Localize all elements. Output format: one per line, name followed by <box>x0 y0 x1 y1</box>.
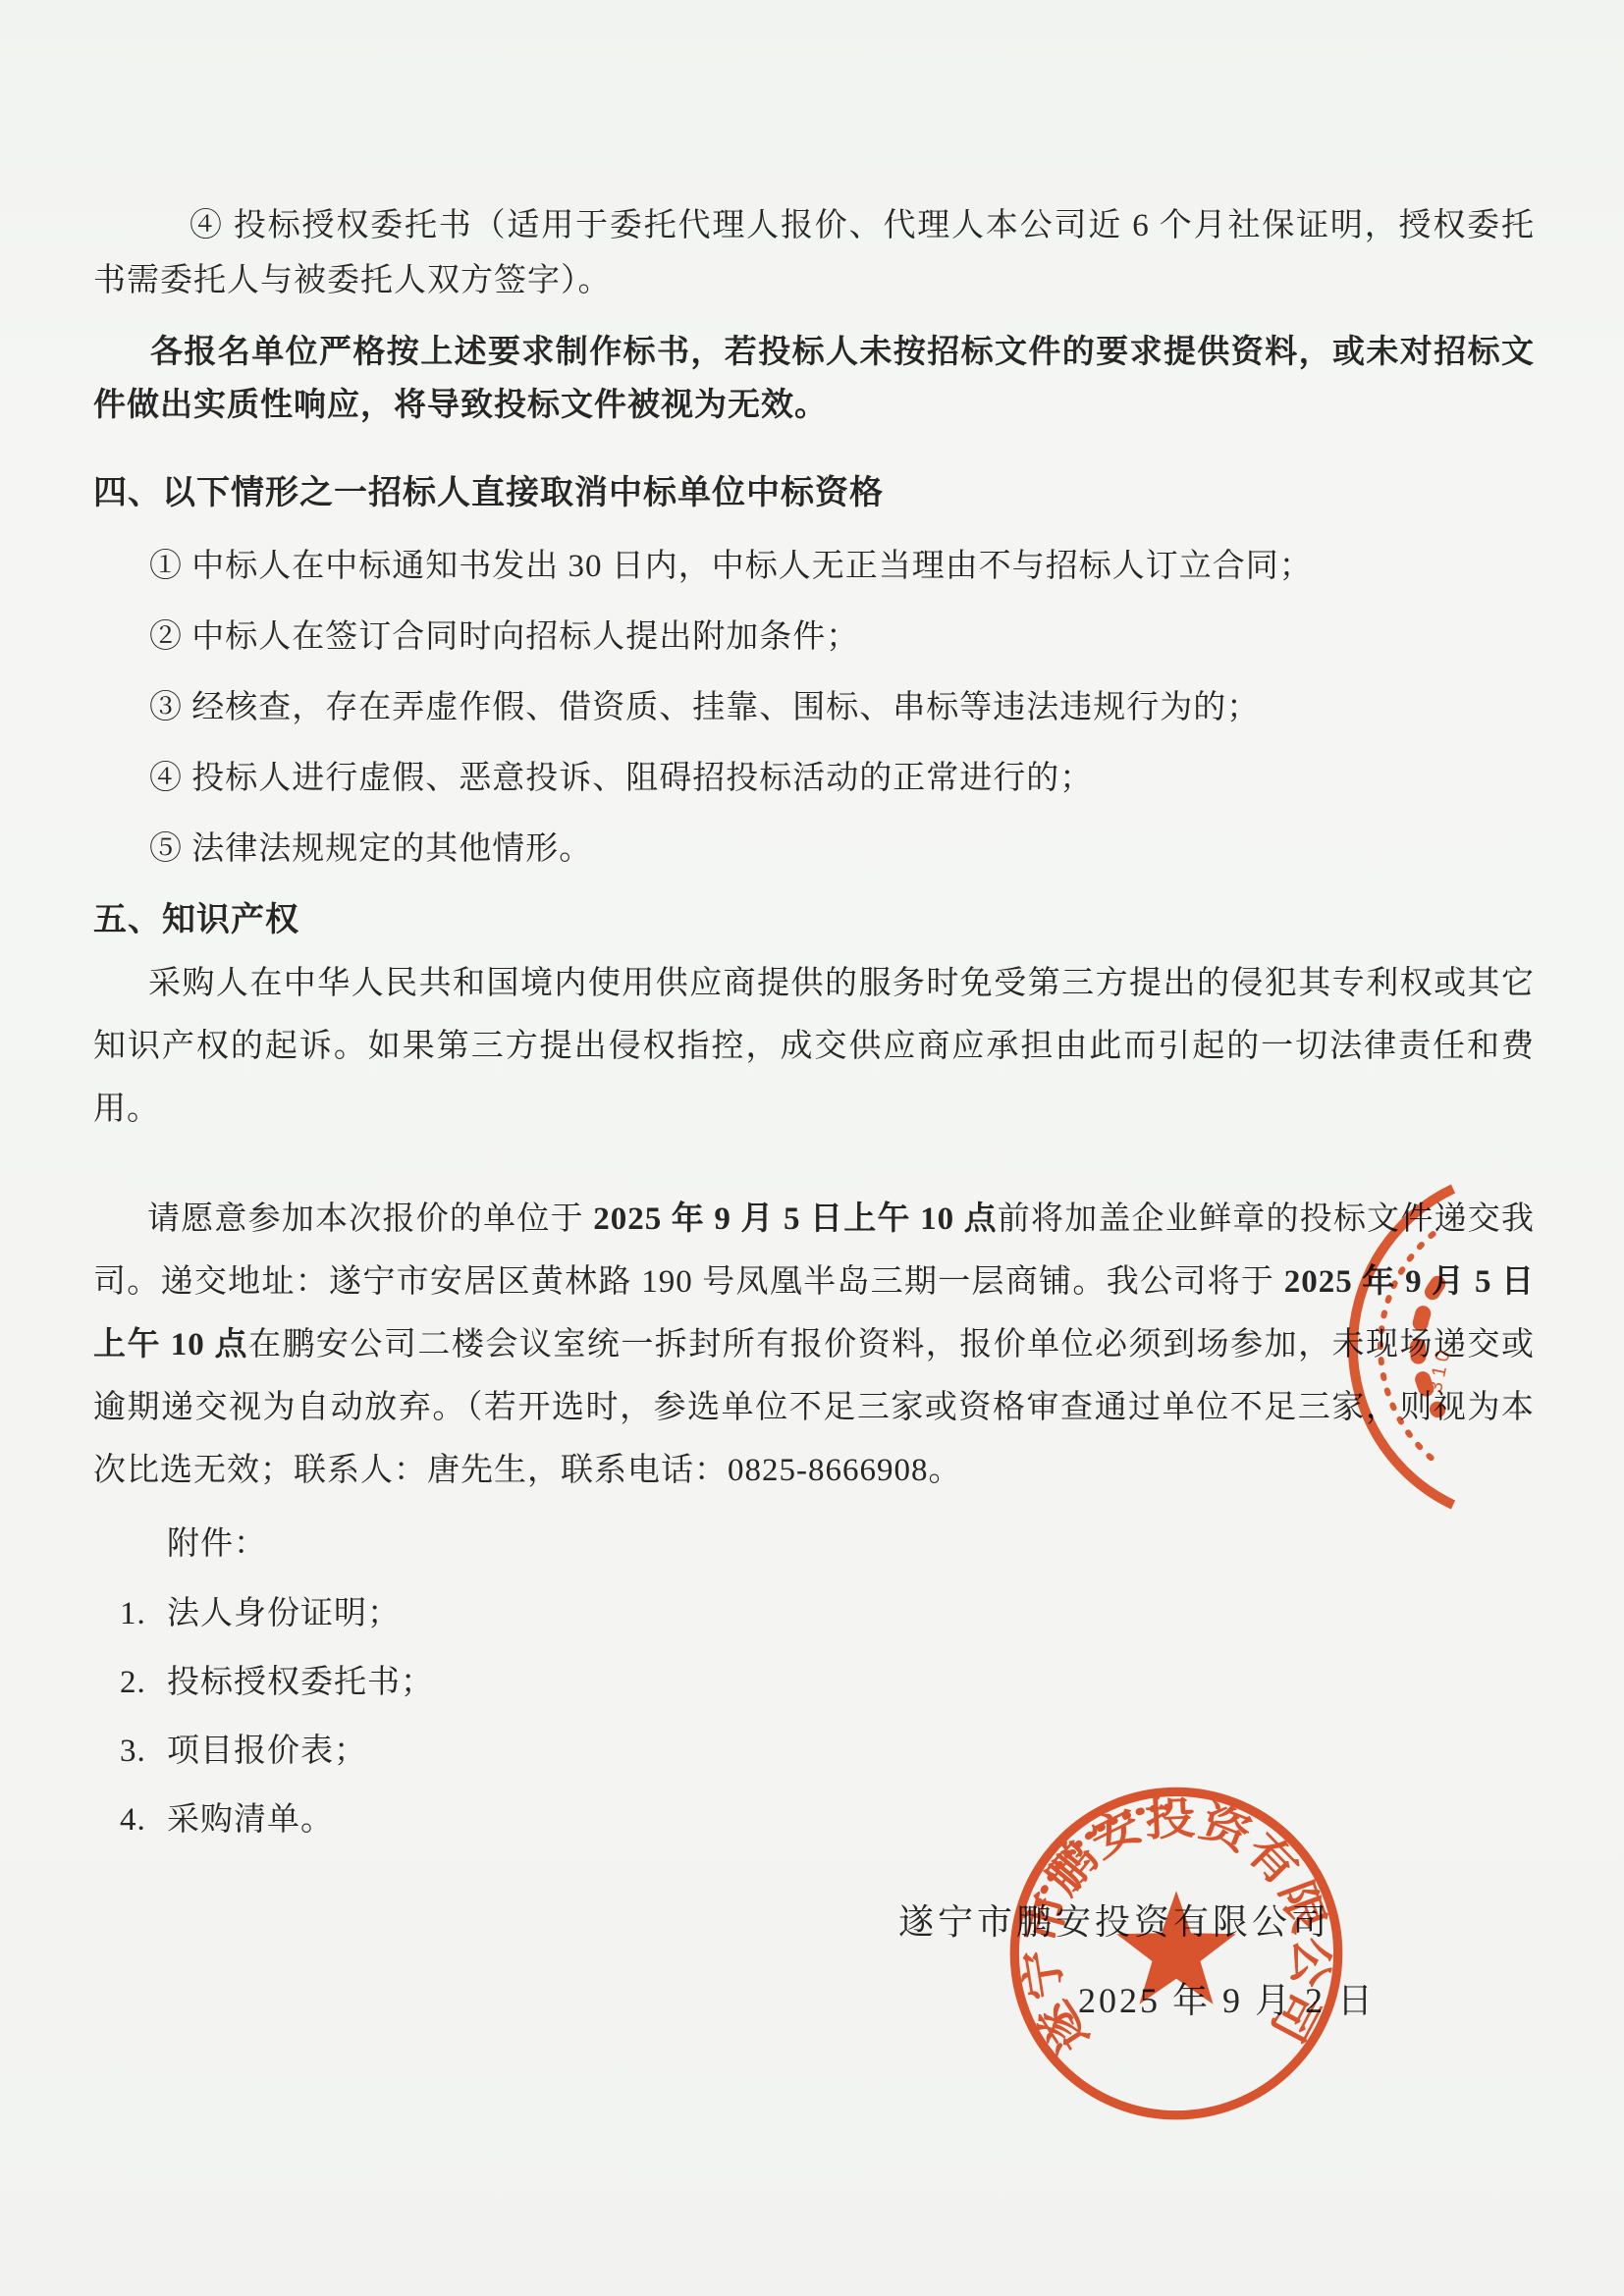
attachment-text: 投标授权委托书； <box>167 1665 434 1700</box>
attachment-text: 项目报价表； <box>167 1734 367 1769</box>
text-segment-deadline: 2025 年 9 月 5 日上午 10 点 <box>593 1201 998 1237</box>
attachment-row: 3. 项目报价表； <box>93 1730 1535 1773</box>
section4-items: ① 中标人在中标通知书发出 30 日内，中标人无正当理由不与招标人订立合同； ②… <box>93 545 1535 898</box>
partial-seal-stamp: 310 <box>1296 1148 1624 1561</box>
attachment-row: 1. 法人身份证明； <box>93 1592 1535 1635</box>
section4-item-3: ③ 经核查，存在弄虚作假、借资质、挂靠、围标、串标等违法违规行为的； <box>93 686 1535 729</box>
attachment-number: 2. <box>120 1661 146 1704</box>
partial-seal-serial-text: 310 <box>1425 1344 1456 1395</box>
paragraph-item4-authorization: ④ 投标授权委托书（适用于委托代理人报价、代理人本公司近 6 个月社保证明，授权… <box>93 198 1535 308</box>
section4-item-1: ① 中标人在中标通知书发出 30 日内，中标人无正当理由不与招标人订立合同； <box>93 545 1535 588</box>
attachment-number: 1. <box>120 1592 146 1635</box>
attachment-text: 采购清单。 <box>167 1802 334 1838</box>
notice-paragraph: 各报名单位严格按上述要求制作标书，若投标人未按招标文件的要求提供资料，或未对招标… <box>93 325 1535 431</box>
seal-star <box>1116 1891 1235 2004</box>
text-segment: 请愿意参加本次报价的单位于 <box>147 1201 593 1237</box>
attachment-number: 3. <box>120 1730 146 1773</box>
attachment-number: 4. <box>120 1798 146 1842</box>
section4-heading: 四、以下情形之一招标人直接取消中标单位中标资格 <box>93 471 1535 514</box>
section4-item-4: ④ 投标人进行虚假、恶意投诉、阻碍招投标活动的正常进行的； <box>93 757 1535 800</box>
attachment-row: 2. 投标授权委托书； <box>93 1661 1535 1704</box>
scanned-document-page: ④ 投标授权委托书（适用于委托代理人报价、代理人本公司近 6 个月社保证明，授权… <box>0 0 1624 2296</box>
section4-item-2: ② 中标人在签订合同时向招标人提出附加条件； <box>93 615 1535 659</box>
section4-item-5: ⑤ 法律法规规定的其他情形。 <box>93 828 1535 871</box>
section5-heading: 五、知识产权 <box>93 898 1535 941</box>
section5-body: 采购人在中华人民共和国境内使用供应商提供的服务时免受第三方提出的侵犯其专利权或其… <box>93 952 1535 1141</box>
attachment-text: 法人身份证明； <box>167 1596 401 1631</box>
company-seal-stamp: 遂宁市鹏安投资有限公司 <box>1004 1780 1348 2123</box>
